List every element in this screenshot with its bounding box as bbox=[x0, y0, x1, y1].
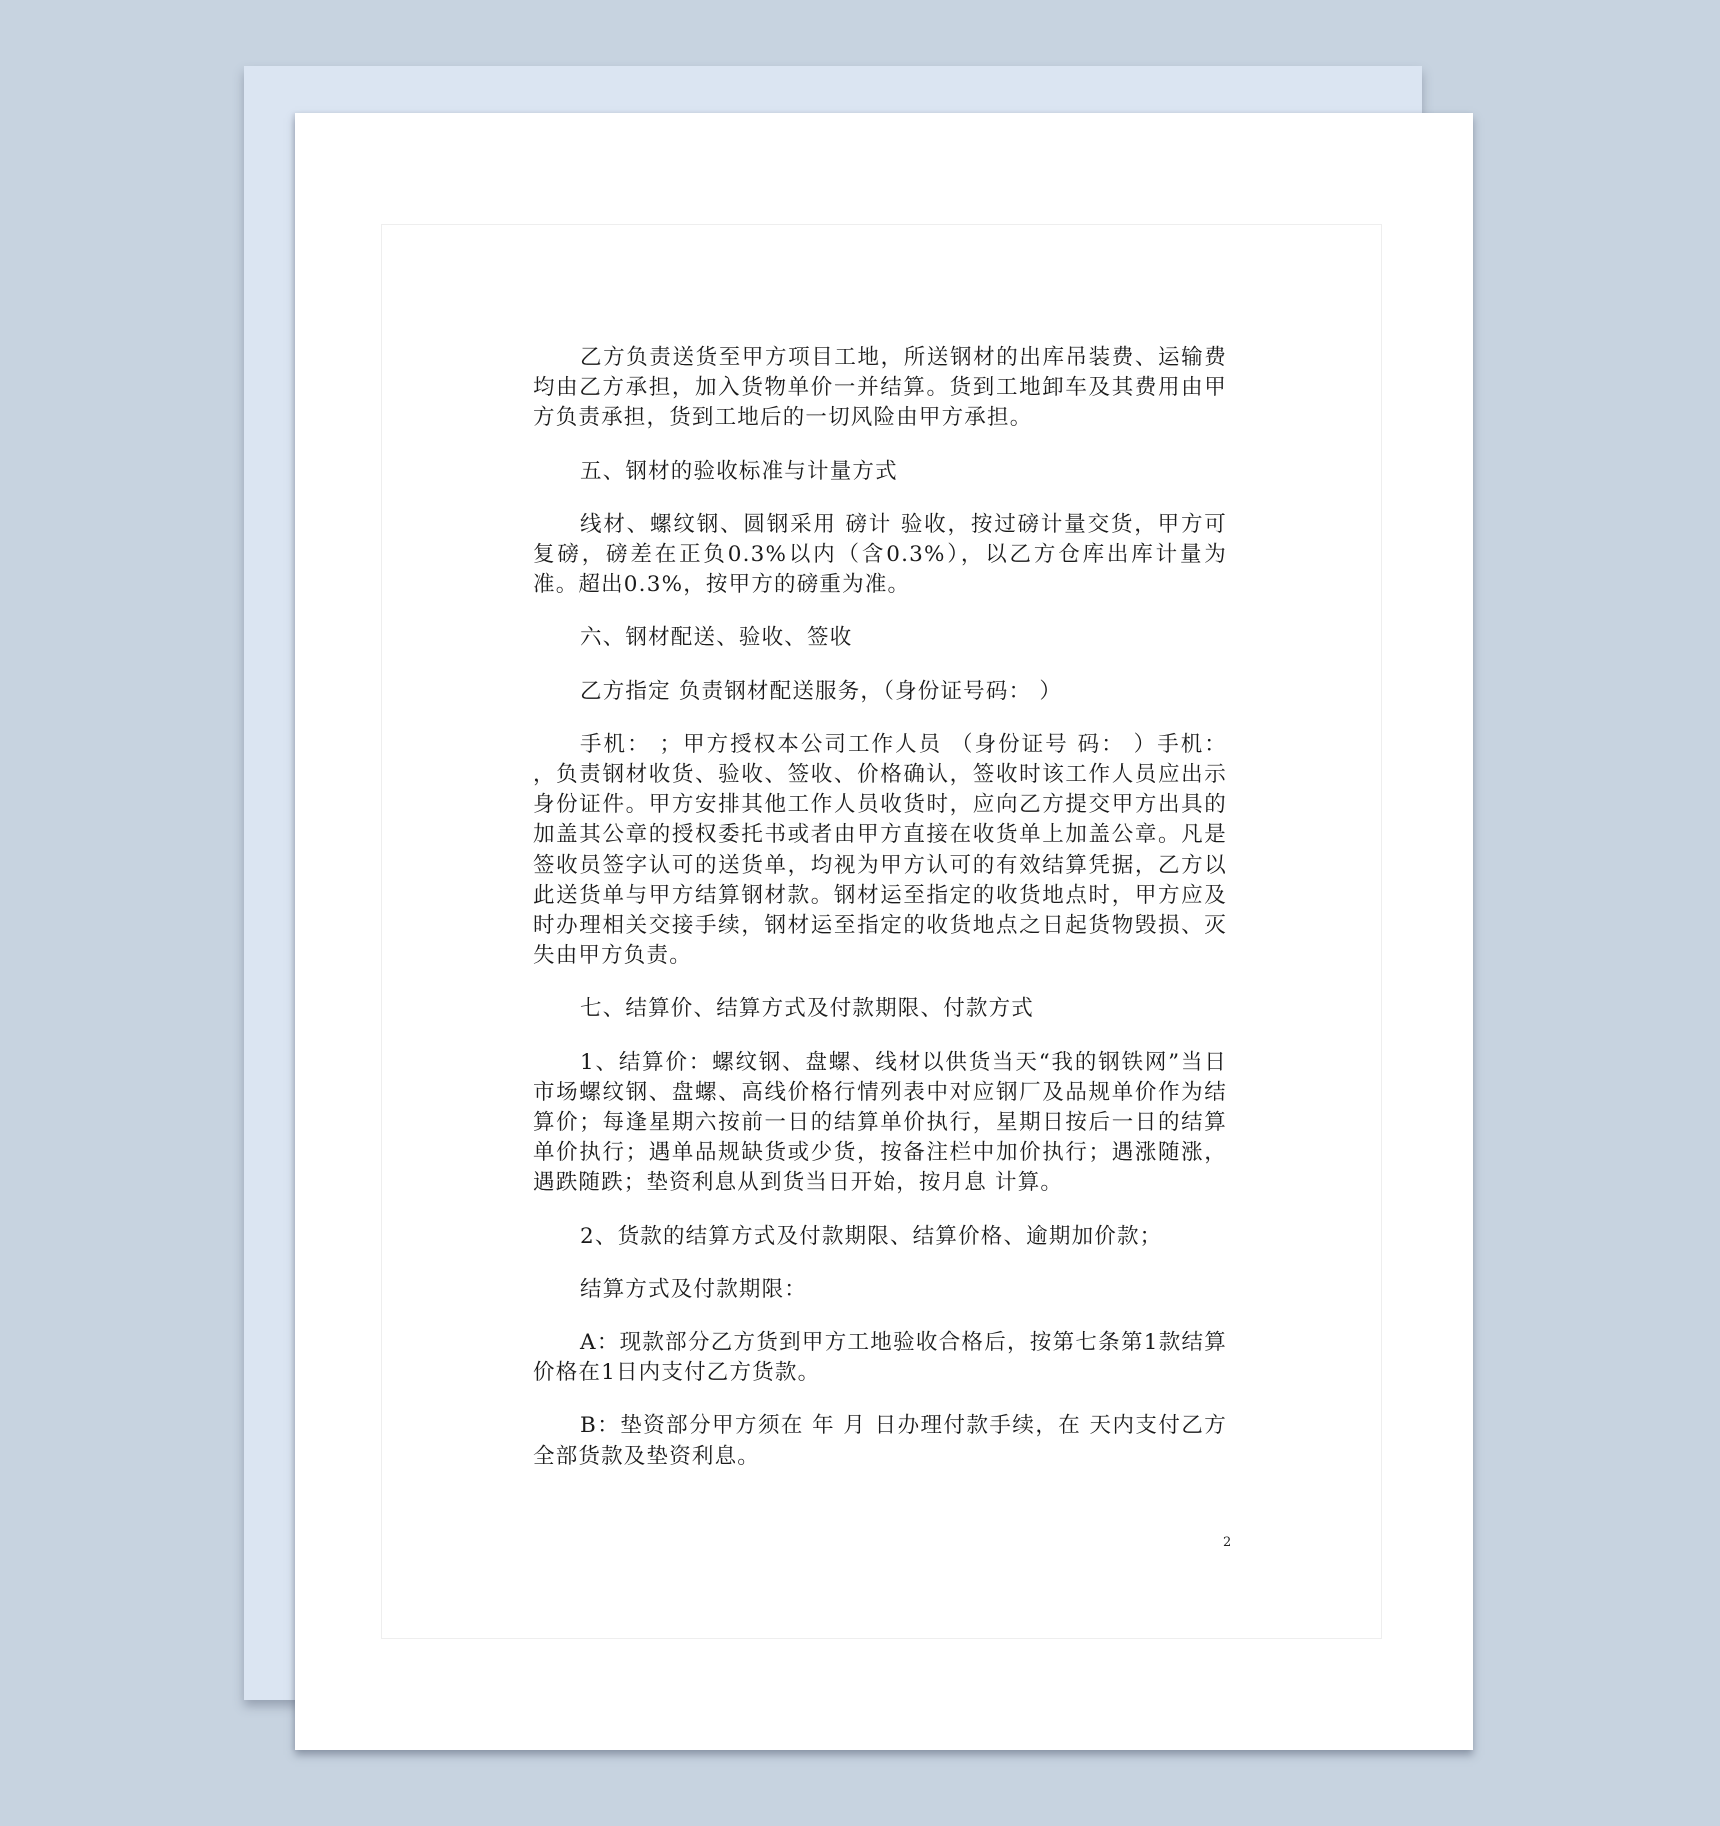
subheading-settlement-method: 结算方式及付款期限： bbox=[533, 1275, 1227, 1305]
section-heading-6: 六、钢材配送、验收、签收 bbox=[533, 623, 1227, 653]
paragraph-cash-payment: A：现款部分乙方货到甲方工地验收合格后，按第七条第1款结算价格在1日内支付乙方货… bbox=[533, 1328, 1227, 1388]
paragraph-settlement-price: 1、结算价：螺纹钢、盘螺、线材以供货当天“我的钢铁网”当日 市场螺纹钢、盘螺、高… bbox=[533, 1048, 1227, 1199]
section-heading-7: 七、结算价、结算方式及付款期限、付款方式 bbox=[533, 994, 1227, 1024]
paragraph-receiving: 手机： ；甲方授权本公司工作人员 （身份证号 码： ）手机： ，负责钢材收货、验… bbox=[533, 730, 1227, 972]
paragraph-advance-payment: B：垫资部分甲方须在 年 月 日办理付款手续，在 天内支付乙方全部货款及垫资利息… bbox=[533, 1411, 1227, 1471]
page-body-text: 乙方负责送货至甲方项目工地，所送钢材的出库吊装费、运输费均由乙方承担，加入货物单… bbox=[533, 343, 1227, 1495]
paragraph-delivery-terms: 乙方负责送货至甲方项目工地，所送钢材的出库吊装费、运输费均由乙方承担，加入货物单… bbox=[533, 343, 1227, 434]
page-number: 2 bbox=[1223, 1535, 1231, 1550]
paragraph-designated-person: 乙方指定 负责钢材配送服务，（身份证号码： ） bbox=[533, 677, 1227, 707]
subheading-payment-terms: 2、货款的结算方式及付款期限、结算价格、逾期加价款； bbox=[533, 1222, 1227, 1252]
section-heading-5: 五、钢材的验收标准与计量方式 bbox=[533, 457, 1227, 487]
paragraph-weighing: 线材、螺纹钢、圆钢采用 磅计 验收，按过磅计量交货，甲方可复磅，磅差在正负0.3… bbox=[533, 510, 1227, 601]
document-page: 乙方负责送货至甲方项目工地，所送钢材的出库吊装费、运输费均由乙方承担，加入货物单… bbox=[295, 113, 1473, 1750]
